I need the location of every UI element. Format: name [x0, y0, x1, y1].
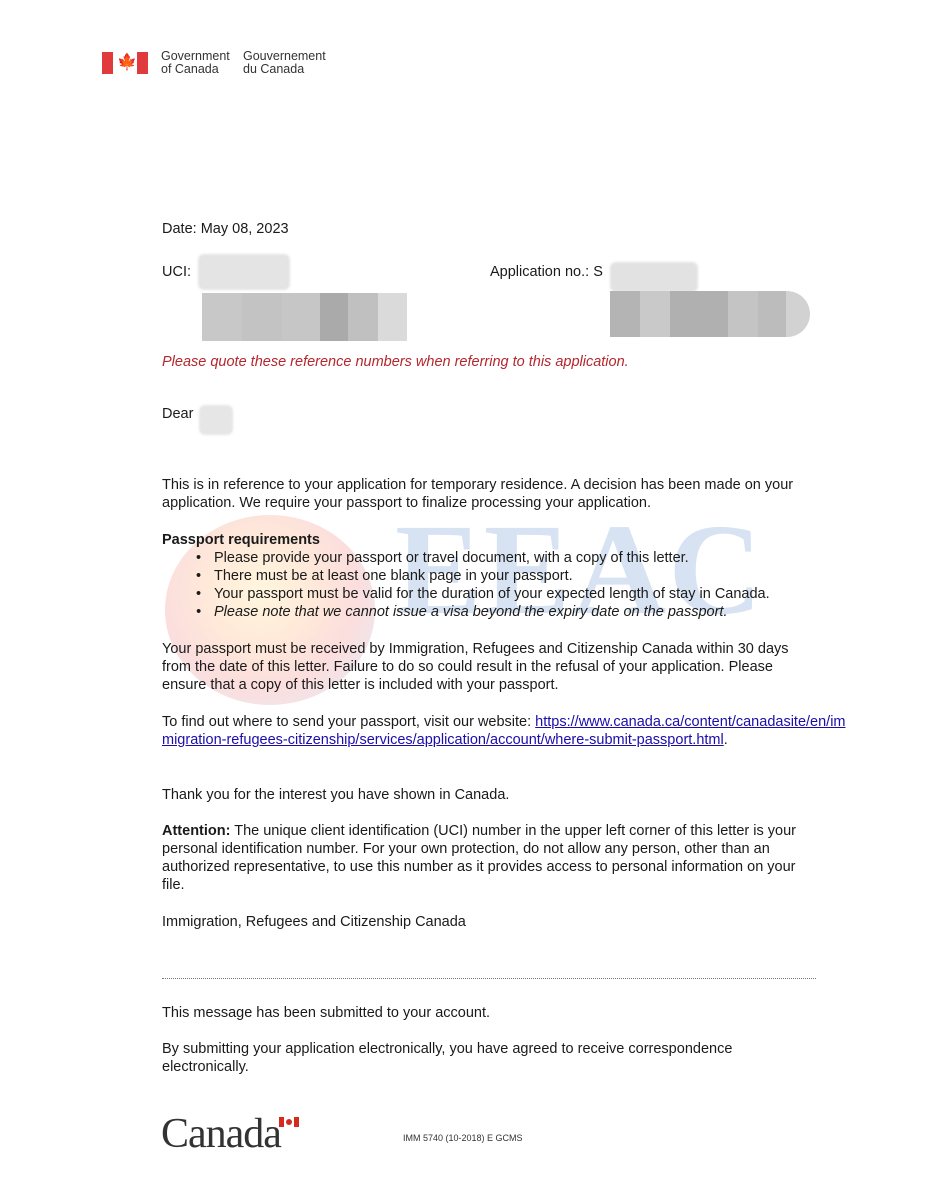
date-label: Date: [162, 221, 197, 237]
requirements-heading: Passport requirements [162, 531, 822, 549]
uci-value-redacted [202, 293, 407, 341]
attention-text: The unique client identification (UCI) n… [162, 823, 796, 893]
application-redaction [610, 262, 698, 292]
attention-paragraph: Attention: The unique client identificat… [162, 822, 817, 894]
date-value: May 08, 2023 [201, 221, 289, 237]
uci-redaction [198, 254, 290, 290]
attention-label: Attention: [162, 823, 230, 839]
thanks-line: Thank you for the interest you have show… [162, 786, 509, 804]
website-suffix: . [724, 732, 728, 748]
application-prefix: S [593, 264, 603, 280]
application-label: Application no.: [490, 264, 589, 280]
requirement-item: Your passport must be valid for the dura… [214, 585, 822, 603]
form-code: IMM 5740 (10-2018) E GCMS [403, 1133, 523, 1143]
electronic-notice: By submitting your application electroni… [162, 1040, 772, 1076]
salutation: Dear [162, 405, 193, 423]
requirement-item: Please provide your passport or travel d… [214, 549, 822, 567]
government-of-canada-en: Government of Canada [161, 50, 230, 76]
requirement-item: Please note that we cannot issue a visa … [214, 603, 822, 621]
intro-paragraph: This is in reference to your application… [162, 476, 802, 512]
website-prefix: To find out where to send your passport,… [162, 714, 535, 730]
application-value-redacted [610, 291, 810, 337]
deadline-paragraph: Your passport must be received by Immigr… [162, 640, 817, 694]
signature: Immigration, Refugees and Citizenship Ca… [162, 913, 466, 931]
submitted-notice: This message has been submitted to your … [162, 1004, 490, 1022]
requirement-item: There must be at least one blank page in… [214, 567, 822, 585]
requirements-list: Please provide your passport or travel d… [162, 549, 822, 621]
canada-wordmark: Canada [161, 1110, 281, 1158]
date-line: Date: May 08, 2023 [162, 220, 289, 238]
canada-flag-icon: 🍁 [102, 52, 148, 74]
recipient-name-redacted [199, 405, 233, 435]
government-of-canada-fr: Gouvernement du Canada [243, 50, 326, 76]
website-paragraph: To find out where to send your passport,… [162, 713, 852, 749]
dotted-divider [162, 978, 816, 979]
application-no-line: Application no.: S [490, 263, 603, 281]
uci-label: UCI: [162, 263, 191, 281]
wordmark-flag-icon [279, 1117, 299, 1127]
reference-notice: Please quote these reference numbers whe… [162, 353, 629, 371]
passport-requirements: Passport requirements Please provide you… [162, 531, 822, 621]
